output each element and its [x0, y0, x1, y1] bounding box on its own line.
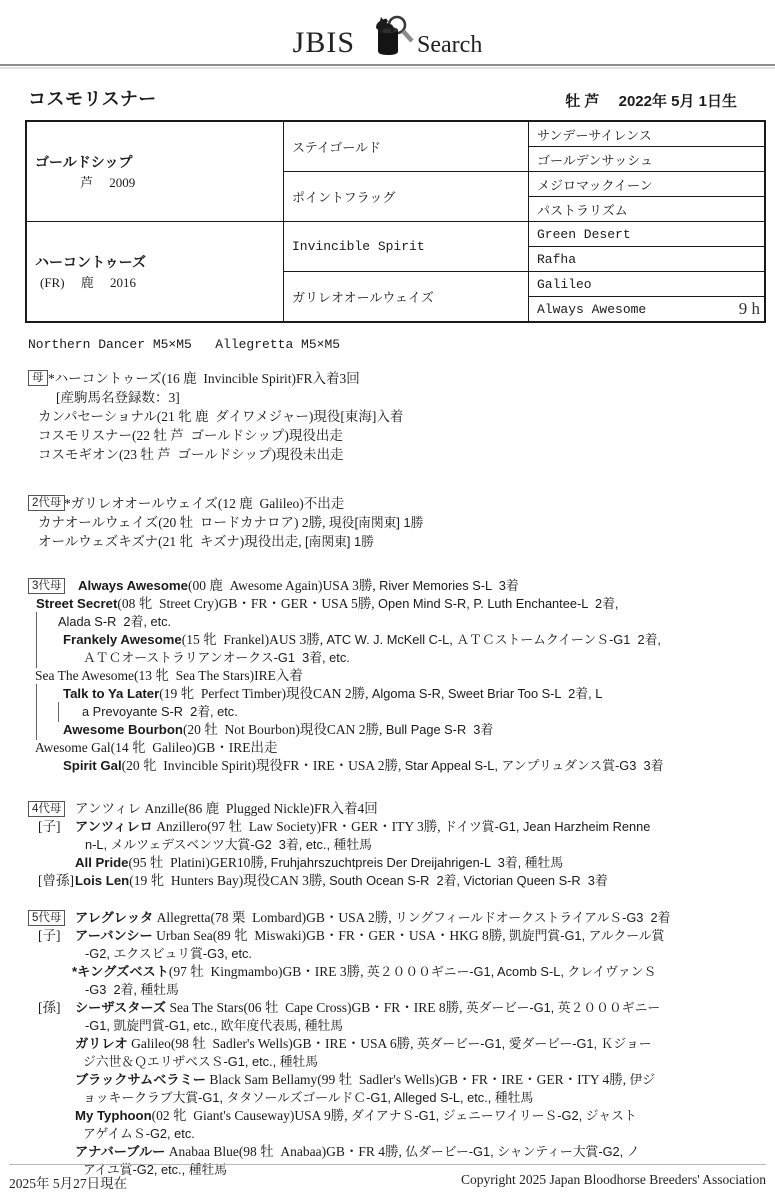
pedigree-line: -G3 2着, 種牡馬	[25, 981, 755, 999]
pedigree-text: 英ダービー-G1, 愛ダービー-G1, Ｋジョー	[417, 1036, 652, 1051]
pedigree-text: [南関東] 1勝	[305, 534, 374, 549]
pedigree-text: (19 牝 Hunters Bay)現役CAN 3勝,	[129, 873, 329, 888]
relation-label: [子]	[38, 927, 61, 945]
pedigree-line: [子]アーバンシー Urban Sea(89 牝 Miswaki)GB・FR・G…	[25, 927, 755, 945]
horse-name-bold: アレグレッタ	[75, 910, 153, 925]
pedigree-line: 5代母アレグレッタ Allegretta(78 栗 Lombard)GB・USA…	[25, 909, 755, 927]
horse-sex-coat-birth: 牡 芦 2022年 5月 1日生	[565, 90, 737, 111]
gen3-cell: Green Desert	[529, 222, 766, 247]
pedigree-line: Talk to Ya Later(19 牝 Perfect Timber)現役C…	[25, 685, 755, 703]
horse-name-bold: アンツィレロ	[75, 819, 153, 834]
sire-coat-year: 芦 2009	[35, 172, 283, 191]
pedigree-text: South Ocean S-R 2着, Victorian Queen S-R …	[329, 873, 608, 888]
relation-label: [曾孫]	[38, 872, 74, 890]
pedigree-text: コスモリスナー(22 牡 芦 ゴールドシップ)現役出走	[38, 428, 343, 443]
gen3-cell: Galileo	[529, 272, 766, 297]
pedigree-text: オールウェズキズナ(21 牝 キズナ)現役出走,	[38, 534, 305, 549]
generation-label: 2代母	[28, 495, 65, 511]
sire-name: ゴールドシップ	[35, 152, 283, 172]
pedigree-text: 現役[南関東] 1勝	[329, 515, 424, 530]
pedigree-line: 4代母アンツィレ Anzille(86 鹿 Plugged Nickle)FR入…	[25, 800, 755, 818]
pedigree-line: My Typhoon(02 牝 Giant's Causeway)USA 9勝,…	[25, 1107, 755, 1125]
horse-name-bold: Lois Len	[75, 873, 129, 888]
pedigree-text: 仏ダービー-G1, シャンティー大賞-G2, ノ	[405, 1144, 639, 1159]
pedigree-line: ガリレオ Galileo(98 牡 Sadler's Wells)GB・IRE・…	[25, 1035, 755, 1053]
horse-name-bold: Always Awesome	[78, 578, 188, 593]
pedigree-text: (02 牝 Giant's Causeway)USA 9勝,	[152, 1108, 351, 1123]
horse-name-bold: *キングズベスト	[72, 964, 169, 979]
pedigree-line: アゲイムＳ-G2, etc.	[25, 1125, 755, 1143]
pedigree-text: Anzillero(97 牡 Law Society)FR・GER・ITY 3勝…	[153, 819, 444, 834]
pedigree-line: [曾孫]Lois Len(19 牝 Hunters Bay)現役CAN 3勝, …	[25, 872, 755, 890]
relation-label: [孫]	[38, 999, 61, 1017]
pedigree-text: Bull Page S-R 3着	[386, 722, 493, 737]
title-bar: コスモリスナー 牡 芦 2022年 5月 1日生	[28, 85, 737, 111]
pedigree-line: [孫]シーザスターズ Sea The Stars(06 牡 Cape Cross…	[25, 999, 755, 1017]
pedigree-text: Allegretta(78 栗 Lombard)GB・USA 2勝,	[153, 910, 395, 925]
pedigree-text: Awesome Gal(14 牝 Galileo)GB・IRE出走	[35, 740, 277, 755]
gen3-cell: メジロマックイーン	[529, 172, 766, 197]
section-mother: 母*ハーコントゥーズ(16 鹿 Invincible Spirit)FR入着3回…	[25, 369, 755, 464]
gen3-cell: Rafha	[529, 247, 766, 272]
pedigree-text: カンパセーショナル(21 牝 鹿 ダイワメジャー)現役[東海]入着	[38, 409, 403, 424]
pedigree-text: (00 鹿 Awesome Again)USA 3勝,	[188, 578, 379, 593]
pedigree-line: Awesome Gal(14 牝 Galileo)GB・IRE出走	[25, 739, 755, 757]
pedigree-text: (08 牝 Street Cry)GB・FR・GER・USA 5勝,	[117, 596, 378, 611]
jbis-search-logo: JBIS Search	[0, 0, 775, 58]
generation-label: 3代母	[28, 578, 65, 594]
pedigree-table: ゴールドシップ 芦 2009 ステイゴールド サンデーサイレンス ゴールデンサッ…	[25, 120, 766, 323]
horse-name-bold: Frankely Awesome	[63, 632, 182, 647]
pedigree-text: n-L, メルツェデスベンツ大賞-G2 3着, etc., 種牡馬	[85, 837, 372, 852]
tree-connector-line	[36, 684, 37, 704]
horse-name-bold: All Pride	[75, 855, 129, 870]
copyright: Copyright 2025 Japan Bloodhorse Breeders…	[461, 1172, 766, 1192]
pedigree-line: *キングズベスト(97 牡 Kingmambo)GB・IRE 3勝, 英２０００…	[25, 963, 755, 981]
pedigree-line: ジ六世＆ＱエリザベスＳ-G1, etc., 種牡馬	[25, 1053, 755, 1071]
pedigree-text: 凱旋門賞-G1, アルクール賞	[509, 928, 664, 943]
relation-label: [子]	[38, 818, 61, 836]
horse-name: コスモリスナー	[28, 85, 157, 111]
pedigree-line: コスモギオン(23 牡 芦 ゴールドシップ)現役未出走	[25, 445, 755, 464]
dam-dam-cell: ガリレオオールウェイズ	[284, 272, 529, 323]
pedigree-text: アンツィレ Anzille(86 鹿 Plugged Nickle)FR入着4回	[75, 801, 378, 816]
pedigree-text: Sea The Awesome(13 牝 Sea The Stars)IRE入着	[35, 668, 303, 683]
horse-name-bold: アナバーブルー	[75, 1144, 165, 1159]
tree-connector-line	[36, 648, 37, 668]
dam-cell: ハーコントゥーズ (FR) 鹿 2016	[26, 222, 284, 323]
pedigree-line: Awesome Bourbon(20 牡 Not Bourbon)現役CAN 2…	[25, 721, 755, 739]
pedigree-text: (95 牡 Platini)GER10勝,	[129, 855, 271, 870]
pedigree-text: Anabaa Blue(98 牡 Anabaa)GB・FR 4勝,	[165, 1144, 405, 1159]
generation-label: 5代母	[28, 910, 65, 926]
pedigree-text: River Memories S-L 3着	[379, 578, 519, 593]
pedigree-text: 伊ジ	[630, 1072, 656, 1087]
pedigree-text: カナオールウェイズ(20 牡 ロードカナロア) 2勝,	[38, 515, 329, 530]
tree-connector-line	[36, 630, 37, 650]
horse-name-bold: ガリレオ	[75, 1036, 128, 1051]
pedigree-text: (15 牝 Frankel)AUS 3勝,	[182, 632, 327, 647]
pedigree-text: ダイアナＳ-G1, ジェニーワイリーＳ-G2, ジャスト	[351, 1108, 637, 1123]
inbreeding-note: Northern Dancer M5×M5 Allegretta M5×M5	[28, 337, 750, 352]
pedigree-text: 英２０００ギニー-G1, Acomb S-L, クレイヴァンＳ	[367, 964, 656, 979]
pedigree-text: Open Mind S-R, P. Luth Enchantee-L 2着,	[378, 596, 618, 611]
pedigree-line: コスモリスナー(22 牡 芦 ゴールドシップ)現役出走	[25, 426, 755, 445]
horse-magnifier-icon	[358, 14, 416, 60]
tree-connector-line	[36, 702, 37, 722]
pedigree-text: リングフィールドオークストライアルＳ-G3 2着	[395, 910, 670, 925]
pedigree-text: *ハーコントゥーズ(16 鹿 Invincible Spirit)FR入着3回	[48, 371, 360, 386]
logo-search-text: Search	[417, 32, 482, 58]
pedigree-text: ＡＴＣオーストラリアンオークス-G1 3着, etc.	[83, 650, 350, 665]
logo-jbis-text: JBIS	[293, 28, 355, 58]
pedigree-line: n-L, メルツェデスベンツ大賞-G2 3着, etc., 種牡馬	[25, 836, 755, 854]
sire-dam-cell: ポイントフラッグ	[284, 172, 529, 222]
header-rule	[0, 64, 775, 66]
footer-rule	[9, 1164, 766, 1165]
pedigree-report-page: JBIS Search コスモリスナー 牡 芦 2022年 5月 1日生 ゴール…	[0, 0, 775, 1200]
horse-name-bold: Talk to Ya Later	[63, 686, 159, 701]
pedigree-text: アゲイムＳ-G2, etc.	[83, 1126, 195, 1141]
pedigree-line: ＡＴＣオーストラリアンオークス-G1 3着, etc.	[25, 649, 755, 667]
horse-name-bold: Awesome Bourbon	[63, 722, 183, 737]
pedigree-text: Urban Sea(89 牝 Miswaki)GB・FR・GER・USA・HKG…	[153, 928, 509, 943]
pedigree-text: *ガリレオオールウェイズ(12 鹿 Galileo)不出走	[64, 496, 344, 511]
pedigree-text: 英ダービー-G1, 英２０００ギニー	[466, 1000, 660, 1015]
section-dam4: 4代母アンツィレ Anzille(86 鹿 Plugged Nickle)FR入…	[25, 800, 755, 890]
horse-name-bold: アーバンシー	[75, 928, 153, 943]
pedigree-text: -G3 2着, 種牡馬	[85, 982, 179, 997]
horse-name-bold: Spirit Gal	[63, 758, 122, 773]
pedigree-line: ョッキークラブ大賞-G1, タタソールズゴールドＣ-G1, Alleged S-…	[25, 1089, 755, 1107]
pedigree-line: -G2, エクスビュリ賞-G3, etc.	[25, 945, 755, 963]
page-note: 9 h	[739, 299, 760, 319]
pedigree-text: Black Sam Bellamy(99 牡 Sadler's Wells)GB…	[206, 1072, 630, 1087]
pedigree-text: Star Appeal S-L, アンプリュダンス賞-G3 3着	[405, 758, 664, 773]
pedigree-sections: 母*ハーコントゥーズ(16 鹿 Invincible Spirit)FR入着3回…	[25, 369, 755, 1179]
pedigree-text: a Prevoyante S-R 2着, etc.	[82, 704, 238, 719]
pedigree-text: (19 牝 Perfect Timber)現役CAN 2勝,	[159, 686, 372, 701]
pedigree-line: [子]アンツィレロ Anzillero(97 牡 Law Society)FR・…	[25, 818, 755, 836]
section-dam5: 5代母アレグレッタ Allegretta(78 栗 Lombard)GB・USA…	[25, 909, 755, 1179]
pedigree-line: All Pride(95 牡 Platini)GER10勝, Fruhjahrs…	[25, 854, 755, 872]
pedigree-text: (20 牝 Invincible Spirit)現役FR・IRE・USA 2勝,	[122, 758, 405, 773]
pedigree-line: ブラックサムベラミー Black Sam Bellamy(99 牡 Sadler…	[25, 1071, 755, 1089]
pedigree-line: Spirit Gal(20 牝 Invincible Spirit)現役FR・I…	[25, 757, 755, 775]
pedigree-text: Fruhjahrszuchtpreis Der Dreijahrigen-L 3…	[271, 855, 564, 870]
pedigree-line: Alada S-R 2着, etc.	[25, 613, 755, 631]
dam-sire-cell: Invincible Spirit	[284, 222, 529, 272]
pedigree-line: 2代母*ガリレオオールウェイズ(12 鹿 Galileo)不出走	[25, 494, 755, 513]
pedigree-text: ジ六世＆ＱエリザベスＳ-G1, etc., 種牡馬	[83, 1054, 318, 1069]
gen3-name: Always Awesome	[537, 302, 646, 317]
pedigree-line: Frankely Awesome(15 牝 Frankel)AUS 3勝, AT…	[25, 631, 755, 649]
section-dam3: 3代母Always Awesome(00 鹿 Awesome Again)USA…	[25, 577, 755, 775]
pedigree-text: (97 牡 Kingmambo)GB・IRE 3勝,	[169, 964, 367, 979]
gen3-cell: ゴールデンサッシュ	[529, 147, 766, 172]
pedigree-line: a Prevoyante S-R 2着, etc.	[25, 703, 755, 721]
pedigree-text: Sea The Stars(06 牡 Cape Cross)GB・FR・IRE …	[166, 1000, 466, 1015]
dam-name: ハーコントゥーズ	[35, 252, 283, 272]
tree-connector-line	[36, 612, 37, 632]
horse-name-bold: Street Secret	[36, 596, 117, 611]
pedigree-text: -G1, 凱旋門賞-G1, etc., 欧年度代表馬, 種牡馬	[85, 1018, 343, 1033]
dam-coat-year: (FR) 鹿 2016	[35, 272, 283, 291]
horse-name-bold: My Typhoon	[75, 1108, 152, 1123]
pedigree-line: 3代母Always Awesome(00 鹿 Awesome Again)USA…	[25, 577, 755, 595]
pedigree-line: アナバーブルー Anabaa Blue(98 牡 Anabaa)GB・FR 4勝…	[25, 1143, 755, 1161]
sire-sire-cell: ステイゴールド	[284, 121, 529, 172]
tree-connector-line	[58, 702, 59, 722]
gen3-cell: パストラリズム	[529, 197, 766, 222]
horse-name-bold: ブラックサムベラミー	[75, 1072, 206, 1087]
pedigree-line: 母*ハーコントゥーズ(16 鹿 Invincible Spirit)FR入着3回	[25, 369, 755, 388]
gen3-cell: Always Awesome 9 h	[529, 297, 766, 323]
pedigree-line: カンパセーショナル(21 牝 鹿 ダイワメジャー)現役[東海]入着	[25, 407, 755, 426]
generation-label: 4代母	[28, 801, 65, 817]
header-rule-light	[0, 67, 775, 69]
section-dam2: 2代母*ガリレオオールウェイズ(12 鹿 Galileo)不出走カナオールウェイ…	[25, 494, 755, 551]
pedigree-text: ドイツ賞-G1, Jean Harzheim Renne	[444, 819, 650, 834]
pedigree-line: カナオールウェイズ(20 牡 ロードカナロア) 2勝, 現役[南関東] 1勝	[25, 513, 755, 532]
pedigree-line: [産駒馬名登録数：3]	[25, 388, 755, 407]
pedigree-text: (20 牡 Not Bourbon)現役CAN 2勝,	[183, 722, 386, 737]
as-of-date: 2025年 5月27日現在	[9, 1172, 127, 1192]
horse-name-bold: シーザスターズ	[75, 1000, 166, 1015]
pedigree-text: ョッキークラブ大賞-G1, タタソールズゴールドＣ-G1, Alleged S-…	[83, 1090, 533, 1105]
pedigree-line: オールウェズキズナ(21 牝 キズナ)現役出走, [南関東] 1勝	[25, 532, 755, 551]
generation-label: 母	[28, 370, 48, 386]
gen3-cell: サンデーサイレンス	[529, 121, 766, 147]
footer: 2025年 5月27日現在 Copyright 2025 Japan Blood…	[9, 1172, 766, 1192]
pedigree-text: -G2, エクスビュリ賞-G3, etc.	[85, 946, 252, 961]
pedigree-text: Algoma S-R, Sweet Briar Too S-L 2着, L	[372, 686, 602, 701]
pedigree-line: -G1, 凱旋門賞-G1, etc., 欧年度代表馬, 種牡馬	[25, 1017, 755, 1035]
pedigree-line: Sea The Awesome(13 牝 Sea The Stars)IRE入着	[25, 667, 755, 685]
pedigree-line: Street Secret(08 牝 Street Cry)GB・FR・GER・…	[25, 595, 755, 613]
tree-connector-line	[36, 720, 37, 740]
pedigree-text: Alada S-R 2着, etc.	[58, 614, 171, 629]
pedigree-text: Galileo(98 牡 Sadler's Wells)GB・IRE・USA 6…	[128, 1036, 417, 1051]
pedigree-text: コスモギオン(23 牡 芦 ゴールドシップ)現役未出走	[38, 447, 343, 462]
pedigree-text: ATC W. J. McKell C-L, ＡＴＣストームクイーンＳ-G1 2着…	[327, 632, 661, 647]
pedigree-text: [産駒馬名登録数：3]	[56, 390, 180, 405]
sire-cell: ゴールドシップ 芦 2009	[26, 121, 284, 222]
